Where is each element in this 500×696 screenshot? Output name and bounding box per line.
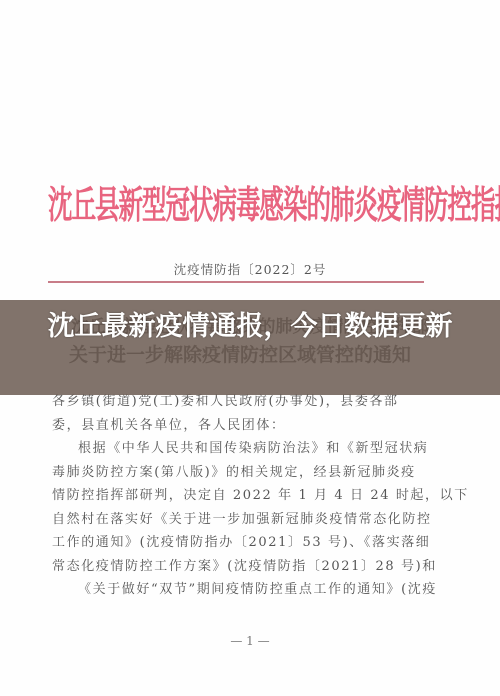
red-separator-rule (48, 281, 424, 283)
body-line: 委，县直机关各单位，各人民团体： (52, 414, 452, 438)
body-line: 自然村在落实好《关于进一步加强新冠肺炎疫情常态化防控 (52, 508, 452, 532)
caption-overlay-title: 沈丘最新疫情通报，今日数据更新 (0, 308, 500, 346)
body-line: 毒肺炎防控方案(第八版)》的相关规定，经县新冠肺炎疫 (52, 461, 452, 485)
page-number: — 1 — (0, 634, 500, 648)
body-line: 情防控指挥部研判，决定自 2022 年 1 月 4 日 24 时起，以下 (52, 484, 452, 508)
document-red-header-title: 沈丘县新型冠状病毒感染的肺炎疫情防控指挥部文件 (48, 176, 428, 230)
body-line: 根据《中华人民共和国传染病防治法》和《新型冠状病 (52, 437, 452, 461)
body-line: 常态化疫情防控工作方案》(沈疫情防指〔2021〕28 号)和 (52, 555, 452, 579)
document-body: 各乡镇(街道)党(工)委和人民政府(办事处)，县委各部 委，县直机关各单位，各人… (52, 390, 452, 602)
document-number: 沈疫情防指〔2022〕2号 (0, 260, 500, 278)
body-line: 工作的通知》(沈疫情防指办〔2021〕53 号)、《落实落细 (52, 531, 452, 555)
body-line: 《关于做好“双节”期间疫情防控重点工作的通知》(沈疫 (52, 578, 452, 602)
